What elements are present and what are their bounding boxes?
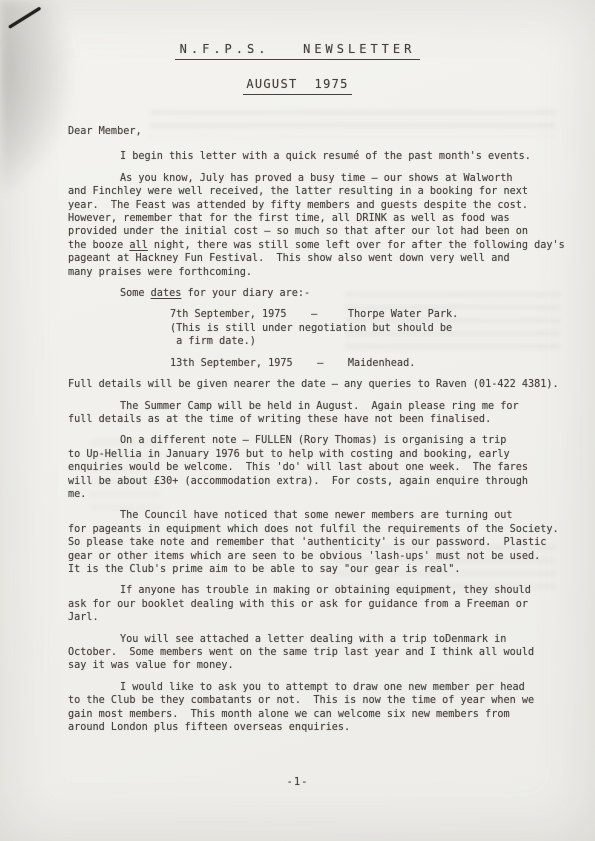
newsletter-title: N.F.P.S. NEWSLETTER [175, 42, 421, 60]
letter-line: If anyone has trouble in making or obtai… [68, 584, 583, 597]
letter-line: many praises were forthcoming. [68, 266, 583, 279]
letter-line: a firm date.) [170, 335, 583, 348]
para-up-hellia-trip: On a different note – FULLEN (Rory Thoma… [68, 434, 583, 501]
letter-line: The Council have noticed that some newer… [68, 509, 583, 522]
letter-line: me. [68, 488, 583, 501]
para-resume: I begin this letter with a quick resumé … [68, 150, 583, 163]
text-segment: I would like to ask you to attempt to dr… [120, 682, 525, 693]
letter-line: So please take note and remember that 'a… [68, 536, 583, 549]
letter-header: N.F.P.S. NEWSLETTER AUGUST 1975 [0, 38, 595, 95]
letter-line: I begin this letter with a quick resumé … [68, 150, 583, 163]
text-segment: 7th September, 1975 – Thorpe Water Park. [170, 309, 458, 320]
letter-content: Dear Member, I begin this letter with a … [68, 125, 583, 734]
text-segment: to Up-Hellia in January 1976 but to help… [68, 449, 510, 460]
text-segment: The Summer Camp will be held in August. … [120, 401, 519, 412]
salutation: Dear Member, [68, 125, 583, 138]
letter-line: It is the Club's prime aim to be able to… [68, 563, 583, 576]
text-segment: (This is still under negotiation but sho… [170, 323, 452, 334]
letter-line: enquiries would be welcome. This 'do' wi… [68, 461, 583, 474]
text-segment: Full details will be given nearer the da… [68, 379, 559, 390]
text-segment: pageant at Hackney Fun Festival. This sh… [68, 253, 510, 264]
letter-line: around London plus fifteen overseas enqu… [68, 721, 583, 734]
text-segment: Jarl. [68, 612, 99, 623]
text-segment: will be about £30+ (accommodation extra)… [68, 476, 528, 487]
text-segment: If anyone has trouble in making or obtai… [120, 585, 531, 596]
text-segment: I begin this letter with a quick resumé … [120, 151, 531, 162]
letter-line: ask for our booklet dealing with this or… [68, 598, 583, 611]
para-recruitment: I would like to ask you to attempt to dr… [68, 681, 583, 735]
letter-line: The Summer Camp will be held in August. … [68, 400, 583, 413]
text-segment: to the Club be they combatants or not. T… [68, 695, 534, 706]
text-segment: gear or other items which are seen to be… [68, 551, 540, 562]
para-full-details: Full details will be given nearer the da… [68, 378, 583, 391]
letter-line: 7th September, 1975 – Thorpe Water Park. [170, 308, 583, 321]
text-segment: night, there was still some left over fo… [148, 240, 565, 251]
para-equipment-help: If anyone has trouble in making or obtai… [68, 584, 583, 624]
letter-line: You will see attached a letter dealing w… [68, 633, 583, 646]
text-segment: As you know, July has proved a busy time… [120, 173, 513, 184]
letter-line: to the Club be they combatants or not. T… [68, 694, 583, 707]
text-segment: for your diary are:- [181, 288, 310, 299]
text-segment: me. [68, 489, 86, 500]
text-segment: October. Some members went on the same t… [68, 647, 534, 658]
letter-line: Full details will be given nearer the da… [68, 378, 583, 391]
para-july-events: As you know, July has proved a busy time… [68, 172, 583, 279]
letter-line: As you know, July has proved a busy time… [68, 172, 583, 185]
text-segment: It is the Club's prime aim to be able to… [68, 564, 461, 575]
letter-line: say it was value for money. [68, 659, 583, 672]
para-authenticity: The Council have noticed that some newer… [68, 509, 583, 576]
text-segment: full details as at the time of writing t… [68, 414, 491, 425]
text-segment: 13th September, 1975 – Maidenhead. [170, 358, 415, 369]
letter-line: gain most members. This month alone we c… [68, 708, 583, 721]
letter-line: 13th September, 1975 – Maidenhead. [170, 357, 583, 370]
diary-date-thorpe: 7th September, 1975 – Thorpe Water Park.… [170, 308, 583, 348]
letter-line: for pageants in equipment which does not… [68, 523, 583, 536]
para-summer-camp: The Summer Camp will be held in August. … [68, 400, 583, 427]
text-segment: Some [120, 288, 151, 299]
underlined-text: dates [151, 288, 182, 299]
letter-body: I begin this letter with a quick resumé … [68, 150, 583, 734]
diary-date-maidenhead: 13th September, 1975 – Maidenhead. [170, 357, 583, 370]
letter-line: full details as at the time of writing t… [68, 413, 583, 426]
page-number: -1- [0, 776, 595, 788]
letter-line: the booze all night, there was still som… [68, 239, 583, 252]
text-segment: ask for our booklet dealing with this or… [68, 599, 528, 610]
text-segment: many praises were forthcoming. [68, 267, 252, 278]
text-segment: You will see attached a letter dealing w… [120, 634, 506, 645]
text-segment: The Council have noticed that some newer… [120, 510, 513, 521]
para-diary-dates-heading: Some dates for your diary are:- [68, 287, 583, 300]
text-segment: year. The Feast was attended by fifty me… [68, 200, 528, 211]
text-segment: gain most members. This month alone we c… [68, 709, 510, 720]
letter-line: provided under the initial cost – so muc… [68, 225, 583, 238]
pen-mark [8, 7, 41, 29]
text-segment: and Finchley were well received, the lat… [68, 186, 528, 197]
text-segment: say it was value for money. [68, 660, 234, 671]
letter-line: Jarl. [68, 611, 583, 624]
text-segment: provided under the initial cost – so muc… [68, 226, 528, 237]
text-segment: So please take note and remember that 'a… [68, 537, 546, 548]
letter-line: and Finchley were well received, the lat… [68, 185, 583, 198]
text-segment: for pageants in equipment which does not… [68, 524, 559, 535]
para-denmark-trip: You will see attached a letter dealing w… [68, 633, 583, 673]
letter-line: (This is still under negotiation but sho… [170, 322, 583, 335]
letter-line: gear or other items which are seen to be… [68, 550, 583, 563]
text-segment: a firm date.) [170, 336, 256, 347]
newsletter-page: N.F.P.S. NEWSLETTER AUGUST 1975 Dear Mem… [0, 0, 595, 841]
text-segment: around London plus fifteen overseas enqu… [68, 722, 350, 733]
text-segment: However, remember that for the first tim… [68, 213, 510, 224]
letter-line: However, remember that for the first tim… [68, 212, 583, 225]
newsletter-date: AUGUST 1975 [243, 77, 351, 95]
text-segment: On a different note – FULLEN (Rory Thoma… [120, 435, 506, 446]
letter-line: On a different note – FULLEN (Rory Thoma… [68, 434, 583, 447]
letter-line: will be about £30+ (accommodation extra)… [68, 475, 583, 488]
underlined-text: all [129, 240, 147, 251]
letter-line: Some dates for your diary are:- [68, 287, 583, 300]
text-segment: enquiries would be welcome. This 'do' wi… [68, 462, 528, 473]
letter-line: October. Some members went on the same t… [68, 646, 583, 659]
letter-line: to Up-Hellia in January 1976 but to help… [68, 448, 583, 461]
text-segment: the booze [68, 240, 129, 251]
letter-line: pageant at Hackney Fun Festival. This sh… [68, 252, 583, 265]
letter-line: year. The Feast was attended by fifty me… [68, 199, 583, 212]
letter-line: I would like to ask you to attempt to dr… [68, 681, 583, 694]
